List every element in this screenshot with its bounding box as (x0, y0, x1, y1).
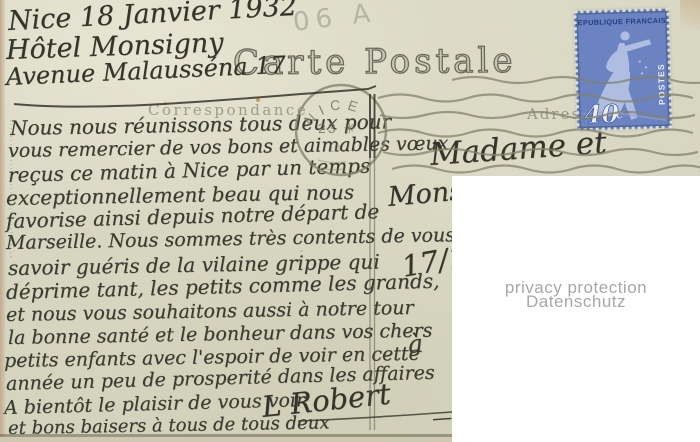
photo-left-edge (0, 0, 6, 442)
privacy-overlay-box: privacy protection Datenschutz (452, 176, 700, 442)
nice-datestamp: NICE 23 ✳ 18 (296, 85, 386, 175)
datestamp-code-text: 23 ✳ (318, 120, 357, 136)
postcard-photo: Carte Postale Correspondance Adresse 06 … (0, 0, 700, 442)
divider-line (370, 94, 375, 430)
datestamp-date-fragment: 18 (328, 143, 340, 155)
datenschutz-text: Datenschutz (452, 294, 700, 309)
cancellation-wavy-lines (378, 77, 700, 173)
